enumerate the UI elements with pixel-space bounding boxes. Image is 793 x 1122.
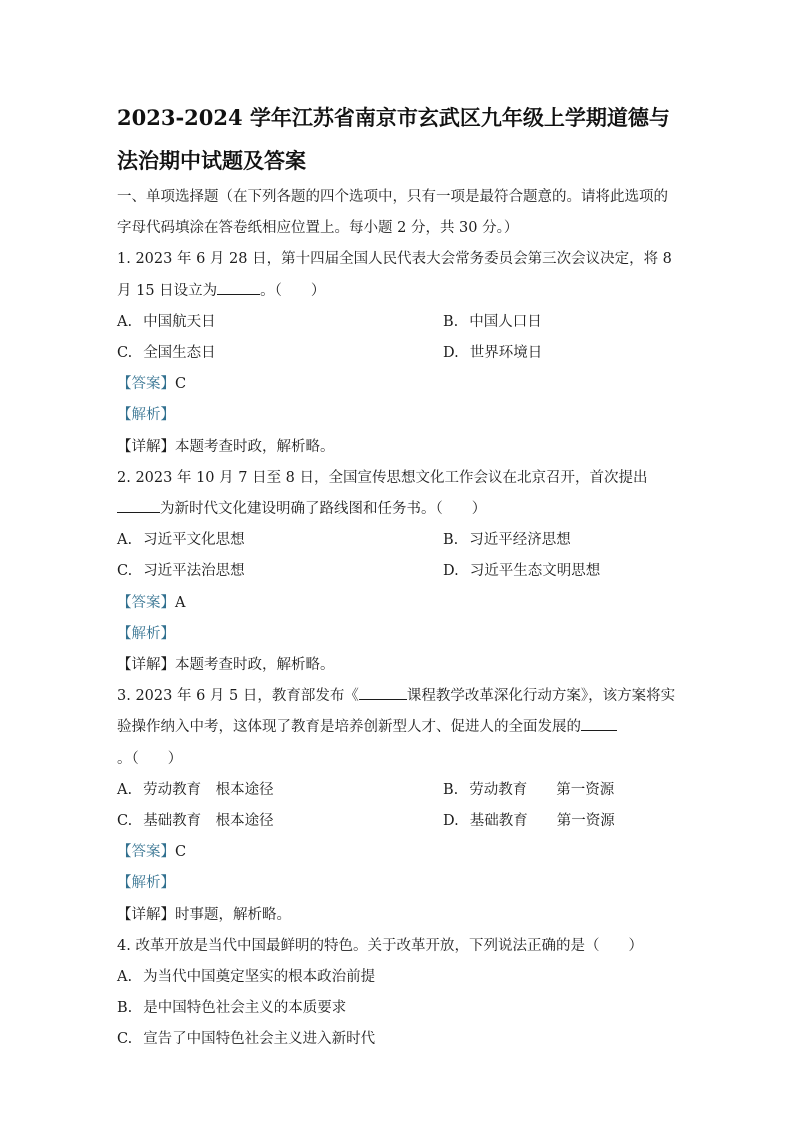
option-c: C.宣告了中国特色社会主义进入新时代 <box>117 1024 679 1055</box>
option-text: 基础教育 根本途径 <box>143 813 274 829</box>
question-text-segment: 。（ ） <box>260 283 325 299</box>
option-text: 习近平经济思想 <box>469 532 571 548</box>
document-page: 2023-2024 学年江苏省南京市玄武区九年级上学期道德与法治期中试题及答案 … <box>0 0 793 1122</box>
answer-label: 【答案】 <box>117 376 175 392</box>
question-3-text: 3. 2023 年 6 月 5 日，教育部发布《课程教学改革深化行动方案》，该方… <box>117 681 679 775</box>
question-text-segment: 2. 2023 年 10 月 7 日至 8 日，全国宣传思想文化工作会议在北京召… <box>117 470 648 486</box>
blank-underline <box>581 717 617 731</box>
option-b: B.是中国特色社会主义的本质要求 <box>117 993 679 1024</box>
option-text: 全国生态日 <box>143 345 216 361</box>
section-header: 一、单项选择题（在下列各题的四个选项中，只有一项是最符合题意的。请将此选项的字母… <box>117 182 679 244</box>
option-c: C.全国生态日 <box>117 338 443 369</box>
option-a: A.习近平文化思想 <box>117 525 443 556</box>
detail-label: 【详解】 <box>117 439 175 455</box>
question-text-segment: 1. 2023 年 6 月 28 日，第十四届全国人民代表大会常务委员会第三次会… <box>117 251 672 298</box>
option-label: D. <box>443 556 459 587</box>
question-text-segment: 3. 2023 年 6 月 5 日，教育部发布《 <box>117 688 359 704</box>
option-label: C. <box>117 556 132 587</box>
blank-underline <box>359 686 407 700</box>
option-d: D.习近平生态文明思想 <box>443 556 679 587</box>
question-1-options: A.中国航天日 B.中国人口日 C.全国生态日 D.世界环境日 <box>117 307 679 369</box>
option-label: C. <box>117 806 132 837</box>
option-a: A.劳动教育 根本途径 <box>117 775 443 806</box>
option-text: 习近平生态文明思想 <box>470 563 601 579</box>
option-label: C. <box>117 1024 132 1055</box>
option-label: B. <box>443 307 458 338</box>
detail-line: 【详解】本题考查时政，解析略。 <box>117 650 679 681</box>
question-2-options: A.习近平文化思想 B.习近平经济思想 C.习近平法治思想 D.习近平生态文明思… <box>117 525 679 587</box>
option-text: 习近平法治思想 <box>143 563 245 579</box>
option-text: 基础教育 第一资源 <box>470 813 615 829</box>
question-text-segment: 为新时代文化建设明确了路线图和任务书。（ ） <box>160 501 486 517</box>
option-label: C. <box>117 338 132 369</box>
analysis-label: 【解析】 <box>117 626 175 642</box>
option-text: 中国航天日 <box>143 314 216 330</box>
option-d: D.基础教育 第一资源 <box>443 806 679 837</box>
answer-value: C <box>175 376 186 392</box>
page-title: 2023-2024 学年江苏省南京市玄武区九年级上学期道德与法治期中试题及答案 <box>117 96 679 182</box>
document-content: 2023-2024 学年江苏省南京市玄武区九年级上学期道德与法治期中试题及答案 … <box>117 96 679 1056</box>
question-2: 2. 2023 年 10 月 7 日至 8 日，全国宣传思想文化工作会议在北京召… <box>117 463 679 681</box>
detail-line: 【详解】本题考查时政，解析略。 <box>117 432 679 463</box>
detail-text: 本题考查时政，解析略。 <box>175 439 335 455</box>
option-b: B.中国人口日 <box>443 307 679 338</box>
answer-line: 【答案】C <box>117 837 679 868</box>
option-text: 习近平文化思想 <box>143 532 245 548</box>
question-3-options: A.劳动教育 根本途径 B.劳动教育 第一资源 C.基础教育 根本途径 D.基础… <box>117 775 679 837</box>
option-label: B. <box>117 993 132 1024</box>
option-text: 宣告了中国特色社会主义进入新时代 <box>143 1031 375 1047</box>
option-label: B. <box>443 525 458 556</box>
detail-label: 【详解】 <box>117 657 175 673</box>
question-1-text: 1. 2023 年 6 月 28 日，第十四届全国人民代表大会常务委员会第三次会… <box>117 244 679 306</box>
question-text-segment: 。（ ） <box>117 751 182 767</box>
option-c: C.习近平法治思想 <box>117 556 443 587</box>
option-text: 中国人口日 <box>469 314 542 330</box>
option-label: A. <box>117 307 132 338</box>
detail-line: 【详解】时事题，解析略。 <box>117 900 679 931</box>
detail-label: 【详解】 <box>117 907 175 923</box>
option-d: D.世界环境日 <box>443 338 679 369</box>
analysis-label: 【解析】 <box>117 875 175 891</box>
option-label: A. <box>117 775 132 806</box>
option-text: 是中国特色社会主义的本质要求 <box>143 1000 346 1016</box>
blank-underline <box>217 281 260 295</box>
detail-text: 时事题，解析略。 <box>175 907 291 923</box>
option-a: A.为当代中国奠定坚实的根本政治前提 <box>117 962 679 993</box>
option-text: 劳动教育 第一资源 <box>469 782 614 798</box>
answer-value: C <box>175 844 186 860</box>
option-c: C.基础教育 根本途径 <box>117 806 443 837</box>
question-4: 4. 改革开放是当代中国最鲜明的特色。关于改革开放，下列说法正确的是（ ） A.… <box>117 931 679 1056</box>
answer-line: 【答案】A <box>117 588 679 619</box>
blank-underline <box>117 499 160 513</box>
option-b: B.习近平经济思想 <box>443 525 679 556</box>
question-3: 3. 2023 年 6 月 5 日，教育部发布《课程教学改革深化行动方案》，该方… <box>117 681 679 931</box>
question-4-text: 4. 改革开放是当代中国最鲜明的特色。关于改革开放，下列说法正确的是（ ） <box>117 931 679 962</box>
analysis-line: 【解析】 <box>117 400 679 431</box>
analysis-label: 【解析】 <box>117 407 175 423</box>
analysis-line: 【解析】 <box>117 868 679 899</box>
answer-label: 【答案】 <box>117 844 175 860</box>
option-label: D. <box>443 806 459 837</box>
option-text: 劳动教育 根本途径 <box>143 782 274 798</box>
question-1: 1. 2023 年 6 月 28 日，第十四届全国人民代表大会常务委员会第三次会… <box>117 244 679 462</box>
answer-line: 【答案】C <box>117 369 679 400</box>
question-4-options: A.为当代中国奠定坚实的根本政治前提 B.是中国特色社会主义的本质要求 C.宣告… <box>117 962 679 1056</box>
option-a: A.中国航天日 <box>117 307 443 338</box>
option-label: A. <box>117 525 132 556</box>
option-label: B. <box>443 775 458 806</box>
option-label: A. <box>117 962 132 993</box>
detail-text: 本题考查时政，解析略。 <box>175 657 335 673</box>
option-label: D. <box>443 338 459 369</box>
answer-label: 【答案】 <box>117 595 175 611</box>
option-text: 为当代中国奠定坚实的根本政治前提 <box>143 969 375 985</box>
question-2-text: 2. 2023 年 10 月 7 日至 8 日，全国宣传思想文化工作会议在北京召… <box>117 463 679 525</box>
analysis-line: 【解析】 <box>117 619 679 650</box>
option-text: 世界环境日 <box>470 345 543 361</box>
answer-value: A <box>175 595 185 611</box>
option-b: B.劳动教育 第一资源 <box>443 775 679 806</box>
